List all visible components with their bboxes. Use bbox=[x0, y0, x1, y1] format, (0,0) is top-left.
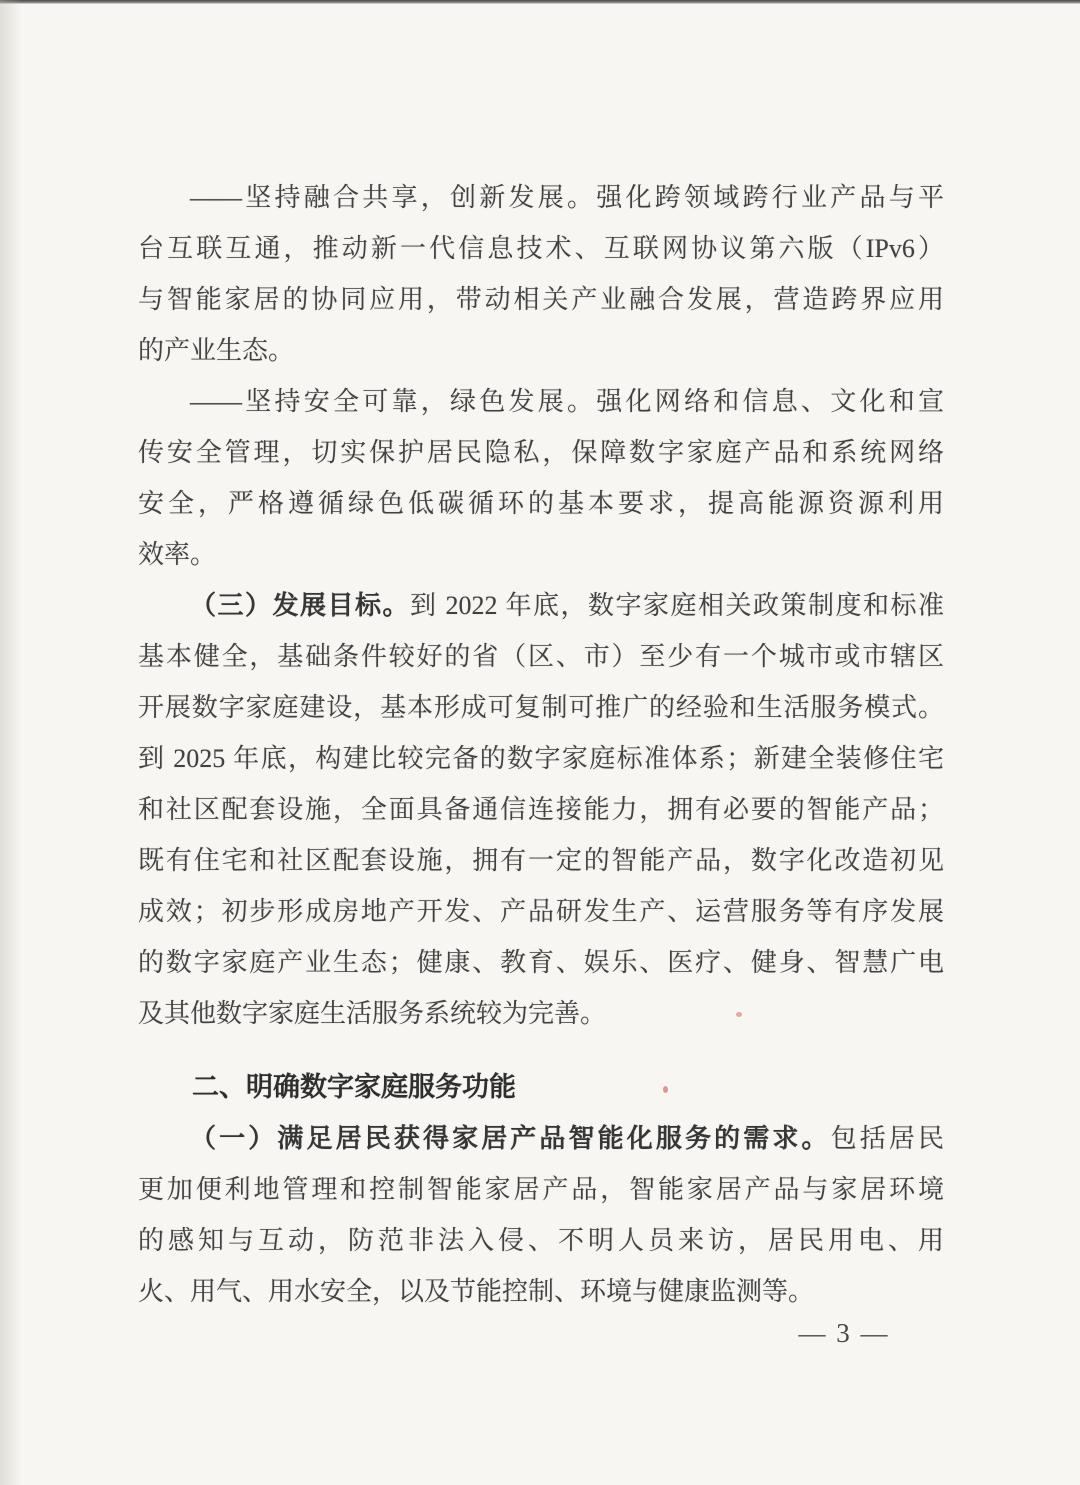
text-line: 成效；初步形成房地产开发、产品研发生产、运营服务等有序发展 bbox=[138, 886, 944, 937]
text-line: 的感知与互动，防范非法入侵、不明人员来访，居民用电、用 bbox=[138, 1215, 944, 1266]
scanned-document-page: ——坚持融合共享，创新发展。强化跨领域跨行业产品与平 台互联互通，推动新一代信息… bbox=[0, 0, 1080, 1485]
page-number: — 3 — bbox=[788, 1318, 900, 1349]
para-integration-sharing: ——坚持融合共享，创新发展。强化跨领域跨行业产品与平 台互联互通，推动新一代信息… bbox=[138, 172, 944, 376]
text-line: 安全，严格遵循绿色低碳循环的基本要求，提高能源资源利用 bbox=[138, 478, 944, 529]
text-line: 既有住宅和社区配套设施，拥有一定的智能产品，数字化改造初见 bbox=[138, 835, 944, 886]
text-line: 和社区配套设施，全面具备通信连接能力，拥有必要的智能产品； bbox=[138, 784, 944, 835]
text-line: 台互联互通，推动新一代信息技术、互联网协议第六版（IPv6） bbox=[138, 223, 944, 274]
section-heading-2: 二、明确数字家庭服务功能 bbox=[138, 1062, 944, 1113]
para-smart-home-service-needs: （一）满足居民获得家居产品智能化服务的需求。包括居民 更加便利地管理和控制智能家… bbox=[138, 1113, 944, 1317]
scan-edge-top bbox=[0, 0, 1080, 4]
text-run: 到 2022 年底，数字家庭相关政策制度和标准 bbox=[410, 591, 944, 620]
text-line: ——坚持安全可靠，绿色发展。强化网络和信息、文化和宣 bbox=[138, 376, 944, 427]
text-line: 效率。 bbox=[138, 529, 944, 580]
text-line: 更加便利地管理和控制智能家居产品，智能家居产品与家居环境 bbox=[138, 1164, 944, 1215]
text-line: 及其他数字家庭生活服务系统较为完善。 bbox=[138, 988, 944, 1039]
text-line: 的产业生态。 bbox=[138, 325, 944, 376]
text-line: 的数字家庭产业生态；健康、教育、娱乐、医疗、健身、智慧广电 bbox=[138, 937, 944, 988]
text-line: 到 2025 年底，构建比较完备的数字家庭标准体系；新建全装修住宅 bbox=[138, 733, 944, 784]
text-line: ——坚持融合共享，创新发展。强化跨领域跨行业产品与平 bbox=[138, 172, 944, 223]
text-line: 基本健全，基础条件较好的省（区、市）至少有一个城市或市辖区 bbox=[138, 631, 944, 682]
text-line: 传安全管理，切实保护居民隐私，保障数字家庭产品和系统网络 bbox=[138, 427, 944, 478]
text-line: 开展数字家庭建设，基本形成可复制可推广的经验和生活服务模式。 bbox=[138, 682, 944, 733]
scan-edge-left bbox=[0, 0, 22, 1485]
text-line: 火、用气、用水安全，以及节能控制、环境与健康监测等。 bbox=[138, 1266, 944, 1317]
para-development-goals: （三）发展目标。到 2022 年底，数字家庭相关政策制度和标准 基本健全，基础条… bbox=[138, 580, 944, 1039]
para-lead-bold: （一）满足居民获得家居产品智能化服务的需求。 bbox=[190, 1124, 831, 1153]
text-run: 包括居民 bbox=[831, 1124, 944, 1153]
para-safety-green: ——坚持安全可靠，绿色发展。强化网络和信息、文化和宣 传安全管理，切实保护居民隐… bbox=[138, 376, 944, 580]
text-line: （三）发展目标。到 2022 年底，数字家庭相关政策制度和标准 bbox=[138, 580, 944, 631]
para-lead-bold: （三）发展目标。 bbox=[190, 591, 410, 620]
document-body: ——坚持融合共享，创新发展。强化跨领域跨行业产品与平 台互联互通，推动新一代信息… bbox=[138, 172, 944, 1317]
text-line: （一）满足居民获得家居产品智能化服务的需求。包括居民 bbox=[138, 1113, 944, 1164]
text-line: 与智能家居的协同应用，带动相关产业融合发展，营造跨界应用 bbox=[138, 274, 944, 325]
